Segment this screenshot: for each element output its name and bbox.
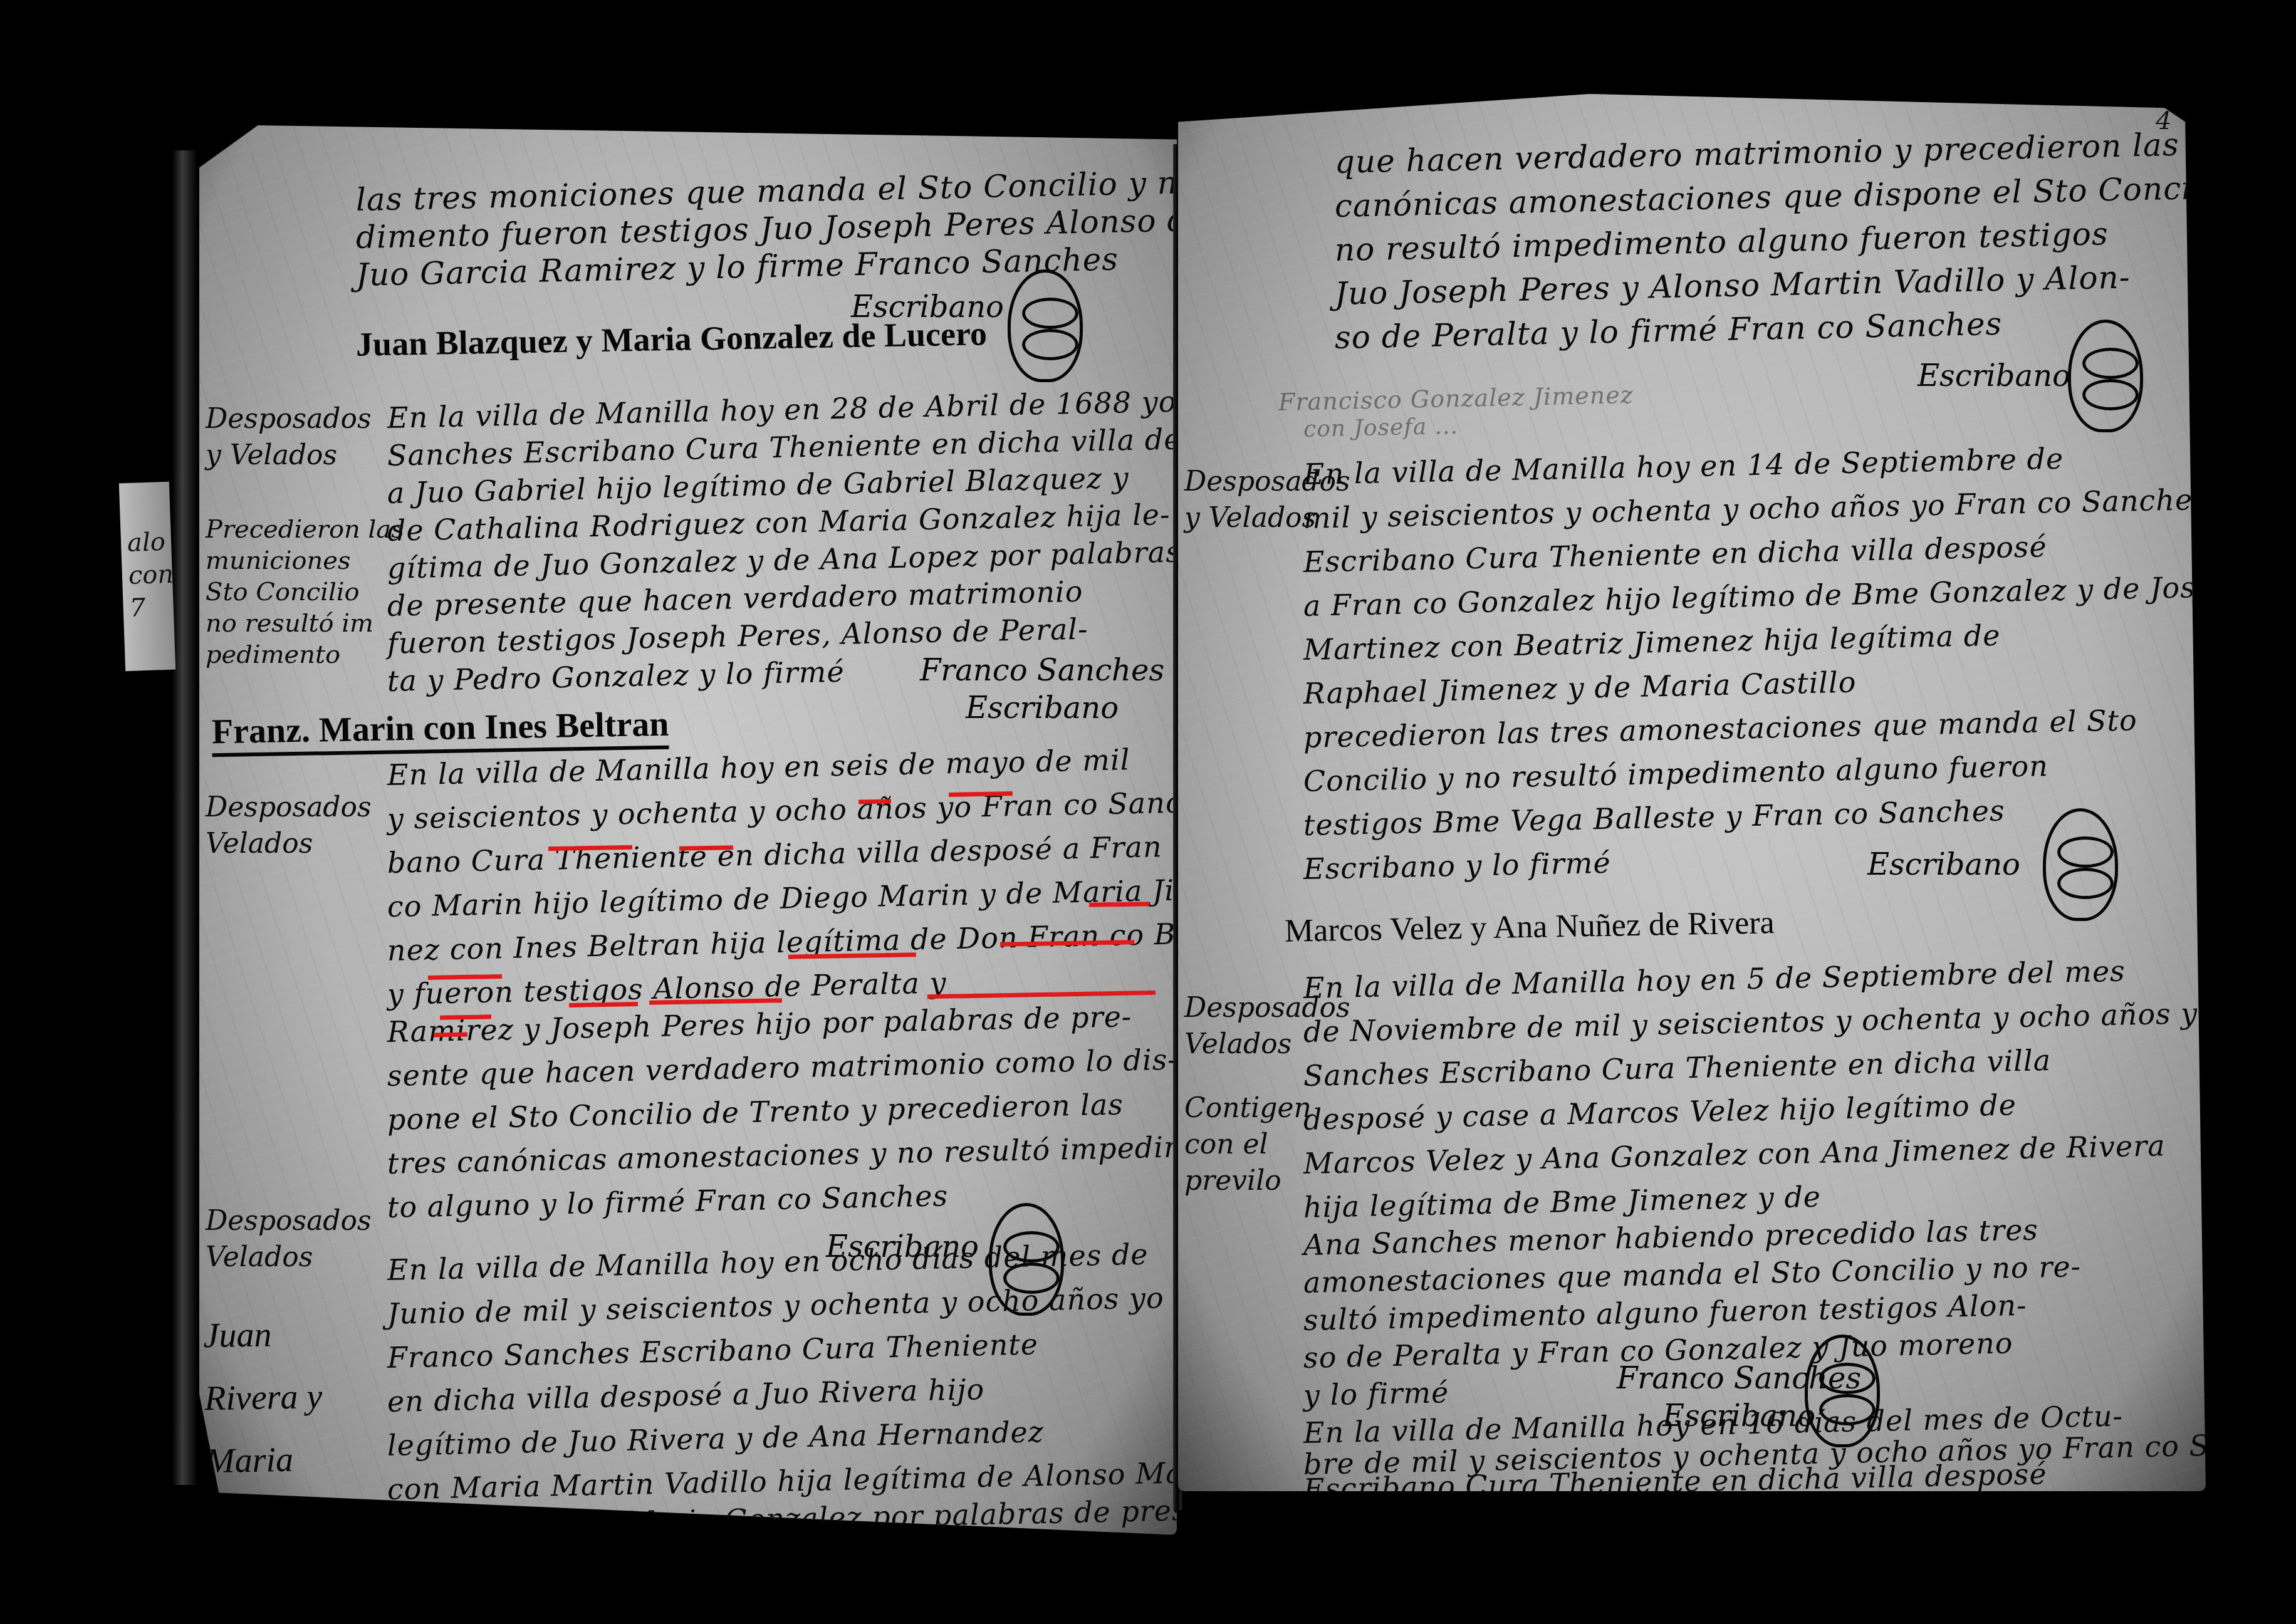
left-page: las tres moniciones que manda el Sto Con… [199,125,1177,1535]
entry2-line-3: bano Cura Theniente en dicha villa despo… [387,830,1162,880]
slip-text-3: 7 [129,591,172,625]
red-underline-mark [858,799,891,804]
entry-heading-velez: Marcos Velez y Ana Nuñez de Rivera [1285,904,1775,951]
entry1-line-8: ta y Pedro Gonzalez y lo firmé [387,655,845,698]
r-entry2-line-11: y lo firmé [1303,1375,1449,1412]
red-underline-mark [440,1014,491,1019]
r-entry1-line-3: Escribano Cura Theniente en dicha villa … [1303,529,2047,579]
document-viewer: alo con 7 las tres moniciones que manda … [0,0,2296,1624]
r-entry2-line-5: Marcos Velez y Ana Gonzalez con Ana Jime… [1303,1128,2166,1180]
margin-note-desposados-3: Desposados Velados [206,1203,372,1276]
red-underline-mark [927,991,1156,999]
right-top-signature: Escribano [1918,357,2070,395]
r-entry1-line-7: precedieron las tres amonestaciones que … [1303,703,2137,754]
entry2-line-11: to alguno y lo firmé Fran co Sanches [387,1179,948,1224]
red-underline-mark [569,1002,638,1007]
r-entry2-line-4: desposé y case a Marcos Velez hijo legít… [1303,1088,2017,1137]
signature-name: Franco Sanches [920,652,1164,689]
rubric-flourish-icon [2068,320,2143,432]
r-entry1-line-2: mil y seiscientos y ochenta y ocho años … [1303,482,2206,535]
right-top-line-4: Juo Joseph Peres y Alonso Martin Vadillo… [1334,259,2131,312]
entry2-line-8: sente que hacen verdadero matrimonio com… [387,1043,1177,1093]
entry2-line-9: pone el Sto Concilio de Trento y precedi… [387,1087,1124,1137]
right-top-line-5: so de Peralta y lo firmé Fran co Sanches [1334,306,2002,356]
r-entry2-line-6: hija legítima de Bme Jimenez y de [1303,1180,1821,1224]
red-underline-mark [679,845,733,850]
signature-title: Escribano [1867,846,2020,883]
r-entry1-line-1: En la villa de Manilla hoy en 14 de Sept… [1303,442,2064,491]
r-entry1-line-8: Concilio y no resultó impedimento alguno… [1303,749,2048,798]
signature-title: Escribano [1918,357,2070,395]
entry3-line-4: en dicha villa desposé a Juo Rivera hijo [387,1372,984,1418]
r-entry1-line-5: Martinez con Beatriz Jimenez hija legíti… [1303,618,2000,667]
right-top-line-3: no resultó impedimento alguno fueron tes… [1334,216,2109,268]
entry3-line-5: legítimo de Juo Rivera y de Ana Hernande… [387,1415,1044,1462]
entry3-line-3: Franco Sanches Escribano Cura Theniente [387,1327,1038,1375]
margin-note-desposados-1: Desposados y Velados [206,401,372,474]
entry1-signature: Franco Sanches Escribano [920,652,1164,727]
signature-title: Escribano [920,689,1164,727]
rubric-flourish-icon [2043,808,2118,921]
entry-heading-rivera: Juan Rivera y Maria Martin Vadillo [203,1302,372,1535]
margin-note-precedieron: Precedieron las municiones Sto Concilio … [206,514,404,670]
slip-text-1: alo [127,526,169,560]
r-entry1-line-4: a Fran co Gonzalez hijo legítimo de Bme … [1303,569,2206,623]
margin-note-desposados-2: Desposados Velados [206,789,372,862]
margin-note-contigen: Contigen con el previlo [1184,1090,1312,1199]
r-entry1-signature: Escribano [1867,846,2020,883]
paper-slip-tab: alo con 7 [119,482,175,672]
faint-overwrite-2: con Josefa ... [1303,414,1459,442]
faint-overwrite-1: Francisco Gonzalez Jimenez [1278,381,1634,416]
slip-text-2: con [128,558,170,592]
r-entry2-line-3: Sanches Escribano Cura Theniente en dich… [1303,1043,2051,1093]
book-spine-edge [172,150,197,1485]
r-entry1-line-6: Raphael Jimenez y de Maria Castillo [1303,665,1857,710]
entry3-line-2: Junio de mil y seiscientos y ochenta y o… [387,1281,1164,1331]
r-entry2-line-1: En la villa de Manilla hoy en 5 de Septi… [1303,954,2126,1005]
right-page: 4 que hacen verdadero matrimonio y prece… [1178,94,2206,1491]
rubric-flourish-icon [1008,269,1083,382]
r-entry1-line-9: testigos Bme Vega Balleste y Fran co San… [1303,794,2005,842]
entry2-line-2: y seiscientos y ochenta y ocho años yo F… [387,782,1177,836]
entry2-line-4: co Marin hijo legítimo de Diego Marin y … [387,872,1177,924]
entry2-line-10: tres canónicas amonestaciones y no resul… [387,1129,1177,1180]
entry-heading-marin: Franz. Marin con Ines Beltran [211,704,669,757]
r-entry1-line-10: Escribano y lo firmé [1303,846,1611,886]
red-underline-mark [434,1033,467,1038]
entry-heading-blazquez: Juan Blazquez y Maria Gonzalez de Lucero [356,314,988,365]
